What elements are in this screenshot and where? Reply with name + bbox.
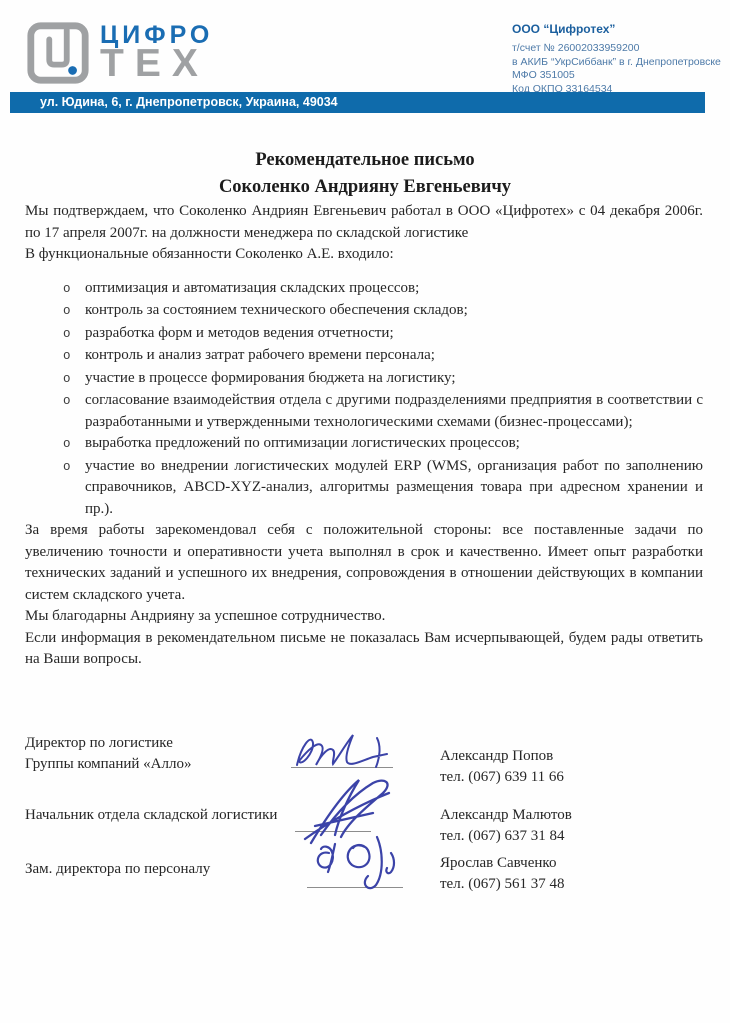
duty-text: участие в процессе формирования бюджета …	[85, 368, 703, 391]
signature-line	[307, 887, 403, 888]
signer-name: Ярослав Савченко	[440, 853, 564, 874]
bullet-marker: o	[63, 323, 85, 346]
letter-body: Мы подтверждаем, что Соколенко Андриян Е…	[25, 201, 703, 671]
company-detail-mfo: МФО 351005	[512, 69, 722, 83]
company-name: ООО “Цифротех”	[512, 22, 722, 36]
signature-line	[295, 831, 371, 832]
logo-word-teh: ТЕХ	[100, 46, 213, 82]
signer-identity: Александр Малютов тел. (067) 637 31 84	[440, 805, 572, 847]
signature-block: Директор по логистике Группы компаний «А…	[0, 733, 730, 923]
signer-position-line1: Начальник отдела складской логистики	[25, 805, 277, 826]
duty-item: oконтроль и анализ затрат рабочего време…	[63, 345, 703, 368]
duty-item: oоптимизация и автоматизация складских п…	[63, 278, 703, 301]
company-details: т/счет № 26002033959200 в АКИБ “УкрСибба…	[512, 42, 722, 96]
paragraph-duties-intro: В функциональные обязанности Соколенко А…	[25, 244, 703, 266]
signature-line	[291, 767, 393, 768]
bullet-marker: o	[63, 300, 85, 323]
signer-position-line1: Зам. директора по персоналу	[25, 859, 210, 880]
signer-phone: тел. (067) 561 37 48	[440, 874, 564, 895]
signature-row-director: Директор по логистике Группы компаний «А…	[25, 733, 705, 734]
address-bar: ул. Юдина, 6, г. Днепропетровск, Украина…	[10, 92, 705, 113]
signer-position: Директор по логистике Группы компаний «А…	[25, 733, 191, 775]
letter-title: Рекомендательное письмо Соколенко Андрия…	[0, 147, 730, 201]
paragraph-thanks: Мы благодарны Андрияну за успешное сотру…	[25, 606, 703, 628]
duty-text: выработка предложений по оптимизации лог…	[85, 433, 703, 456]
logo-wordmark: ЦИФРО ТЕХ	[100, 20, 213, 82]
company-detail-bank: в АКИБ “УкрСиббанк” в г. Днепропетровске	[512, 56, 722, 70]
letterhead: ЦИФРО ТЕХ ООО “Цифротех” т/счет № 260020…	[0, 0, 730, 113]
signer-name: Александр Попов	[440, 746, 564, 767]
duty-text: контроль и анализ затрат рабочего времен…	[85, 345, 703, 368]
bullet-marker: o	[63, 390, 85, 433]
bullet-marker: o	[63, 278, 85, 301]
cifroteh-logo-icon	[25, 20, 91, 86]
duty-item: oконтроль за состоянием технического обе…	[63, 300, 703, 323]
company-requisites: ООО “Цифротех” т/счет № 26002033959200 в…	[512, 22, 722, 96]
recommendation-letter-page: ЦИФРО ТЕХ ООО “Цифротех” т/счет № 260020…	[0, 0, 730, 1023]
signer-name: Александр Малютов	[440, 805, 572, 826]
bullet-marker: o	[63, 433, 85, 456]
signature-ink	[305, 829, 415, 901]
letter-title-line1: Рекомендательное письмо	[0, 147, 730, 174]
duties-list: oоптимизация и автоматизация складских п…	[25, 278, 703, 521]
signer-position: Начальник отдела складской логистики	[25, 805, 277, 826]
signer-identity: Ярослав Савченко тел. (067) 561 37 48	[440, 853, 564, 895]
signer-position: Зам. директора по персоналу	[25, 859, 210, 880]
duty-text: разработка форм и методов ведения отчетн…	[85, 323, 703, 346]
signature-row-warehouse-chief: Начальник отдела складской логистики Але…	[25, 805, 705, 806]
duty-item: oучастие в процессе формирования бюджета…	[63, 368, 703, 391]
duty-item: oучастие во внедрении логистических моду…	[63, 456, 703, 521]
signer-position-line2: Группы компаний «Алло»	[25, 754, 191, 775]
signer-identity: Александр Попов тел. (067) 639 11 66	[440, 746, 564, 788]
company-detail-account: т/счет № 26002033959200	[512, 42, 722, 56]
duty-text: участие во внедрении логистических модул…	[85, 456, 703, 521]
signature-row-hr-deputy: Зам. директора по персоналу Ярослав Савч…	[25, 859, 705, 860]
signer-phone: тел. (067) 639 11 66	[440, 767, 564, 788]
duty-item: oвыработка предложений по оптимизации ло…	[63, 433, 703, 456]
paragraph-contact-offer: Если информация в рекомендательном письм…	[25, 628, 703, 671]
signer-phone: тел. (067) 637 31 84	[440, 826, 572, 847]
signature-ink	[293, 771, 408, 847]
bullet-marker: o	[63, 368, 85, 391]
duty-item: oразработка форм и методов ведения отчет…	[63, 323, 703, 346]
duty-text: согласование взаимодействия отдела с дру…	[85, 390, 703, 433]
duty-text: оптимизация и автоматизация складских пр…	[85, 278, 703, 301]
signer-position-line1: Директор по логистике	[25, 733, 191, 754]
signature-ink	[287, 723, 405, 773]
bullet-marker: o	[63, 345, 85, 368]
paragraph-employment: Мы подтверждаем, что Соколенко Андриян Е…	[25, 201, 703, 244]
duty-item: oсогласование взаимодействия отдела с др…	[63, 390, 703, 433]
paragraph-performance: За время работы зарекомендовал себя с по…	[25, 520, 703, 606]
bullet-marker: o	[63, 456, 85, 521]
letter-title-line2: Соколенко Андрияну Евгеньевичу	[0, 174, 730, 201]
duty-text: контроль за состоянием технического обес…	[85, 300, 703, 323]
company-logo: ЦИФРО ТЕХ	[25, 20, 213, 86]
